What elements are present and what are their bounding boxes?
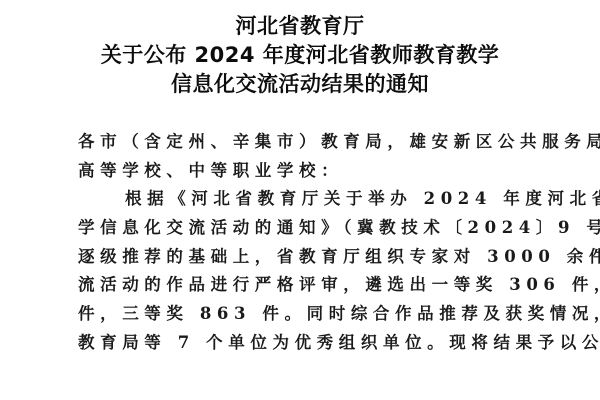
document-body: 各市（含定州、辛集市）教育局，雄安新区公共服务局，省属各 高等学校、中等职业学校… <box>78 128 524 358</box>
body-line-3: 逐级推荐的基础上，省教育厅组织专家对 3000 余件入围省级交 <box>78 243 524 272</box>
body-line-6: 教育局等 7 个单位为优秀组织单位。现将结果予以公布。 <box>78 329 524 358</box>
body-line-5: 件，三等奖 863 件。同时综合作品推荐及获奖情况，确定邯郸市 <box>78 300 524 329</box>
addressee-line-1: 各市（含定州、辛集市）教育局，雄安新区公共服务局，省属各 <box>78 128 524 157</box>
notice-title-line-2: 信息化交流活动结果的通知 <box>0 70 600 99</box>
addressee-line-2: 高等学校、中等职业学校： <box>78 157 524 186</box>
issuer-title: 河北省教育厅 <box>0 12 600 41</box>
body-line-1: 根据《河北省教育厅关于举办 2024 年度河北省教师教育教 <box>78 185 524 214</box>
body-line-4: 流活动的作品进行严格评审，遴选出一等奖 306 件，二等奖 608 <box>78 271 524 300</box>
document-title-block: 河北省教育厅 关于公布 2024 年度河北省教师教育教学 信息化交流活动结果的通… <box>0 12 600 99</box>
notice-title-line-1: 关于公布 2024 年度河北省教师教育教学 <box>0 41 600 70</box>
body-line-2: 学信息化交流活动的通知》（冀教技术〔2024〕9 号）安排，在 <box>78 214 524 243</box>
